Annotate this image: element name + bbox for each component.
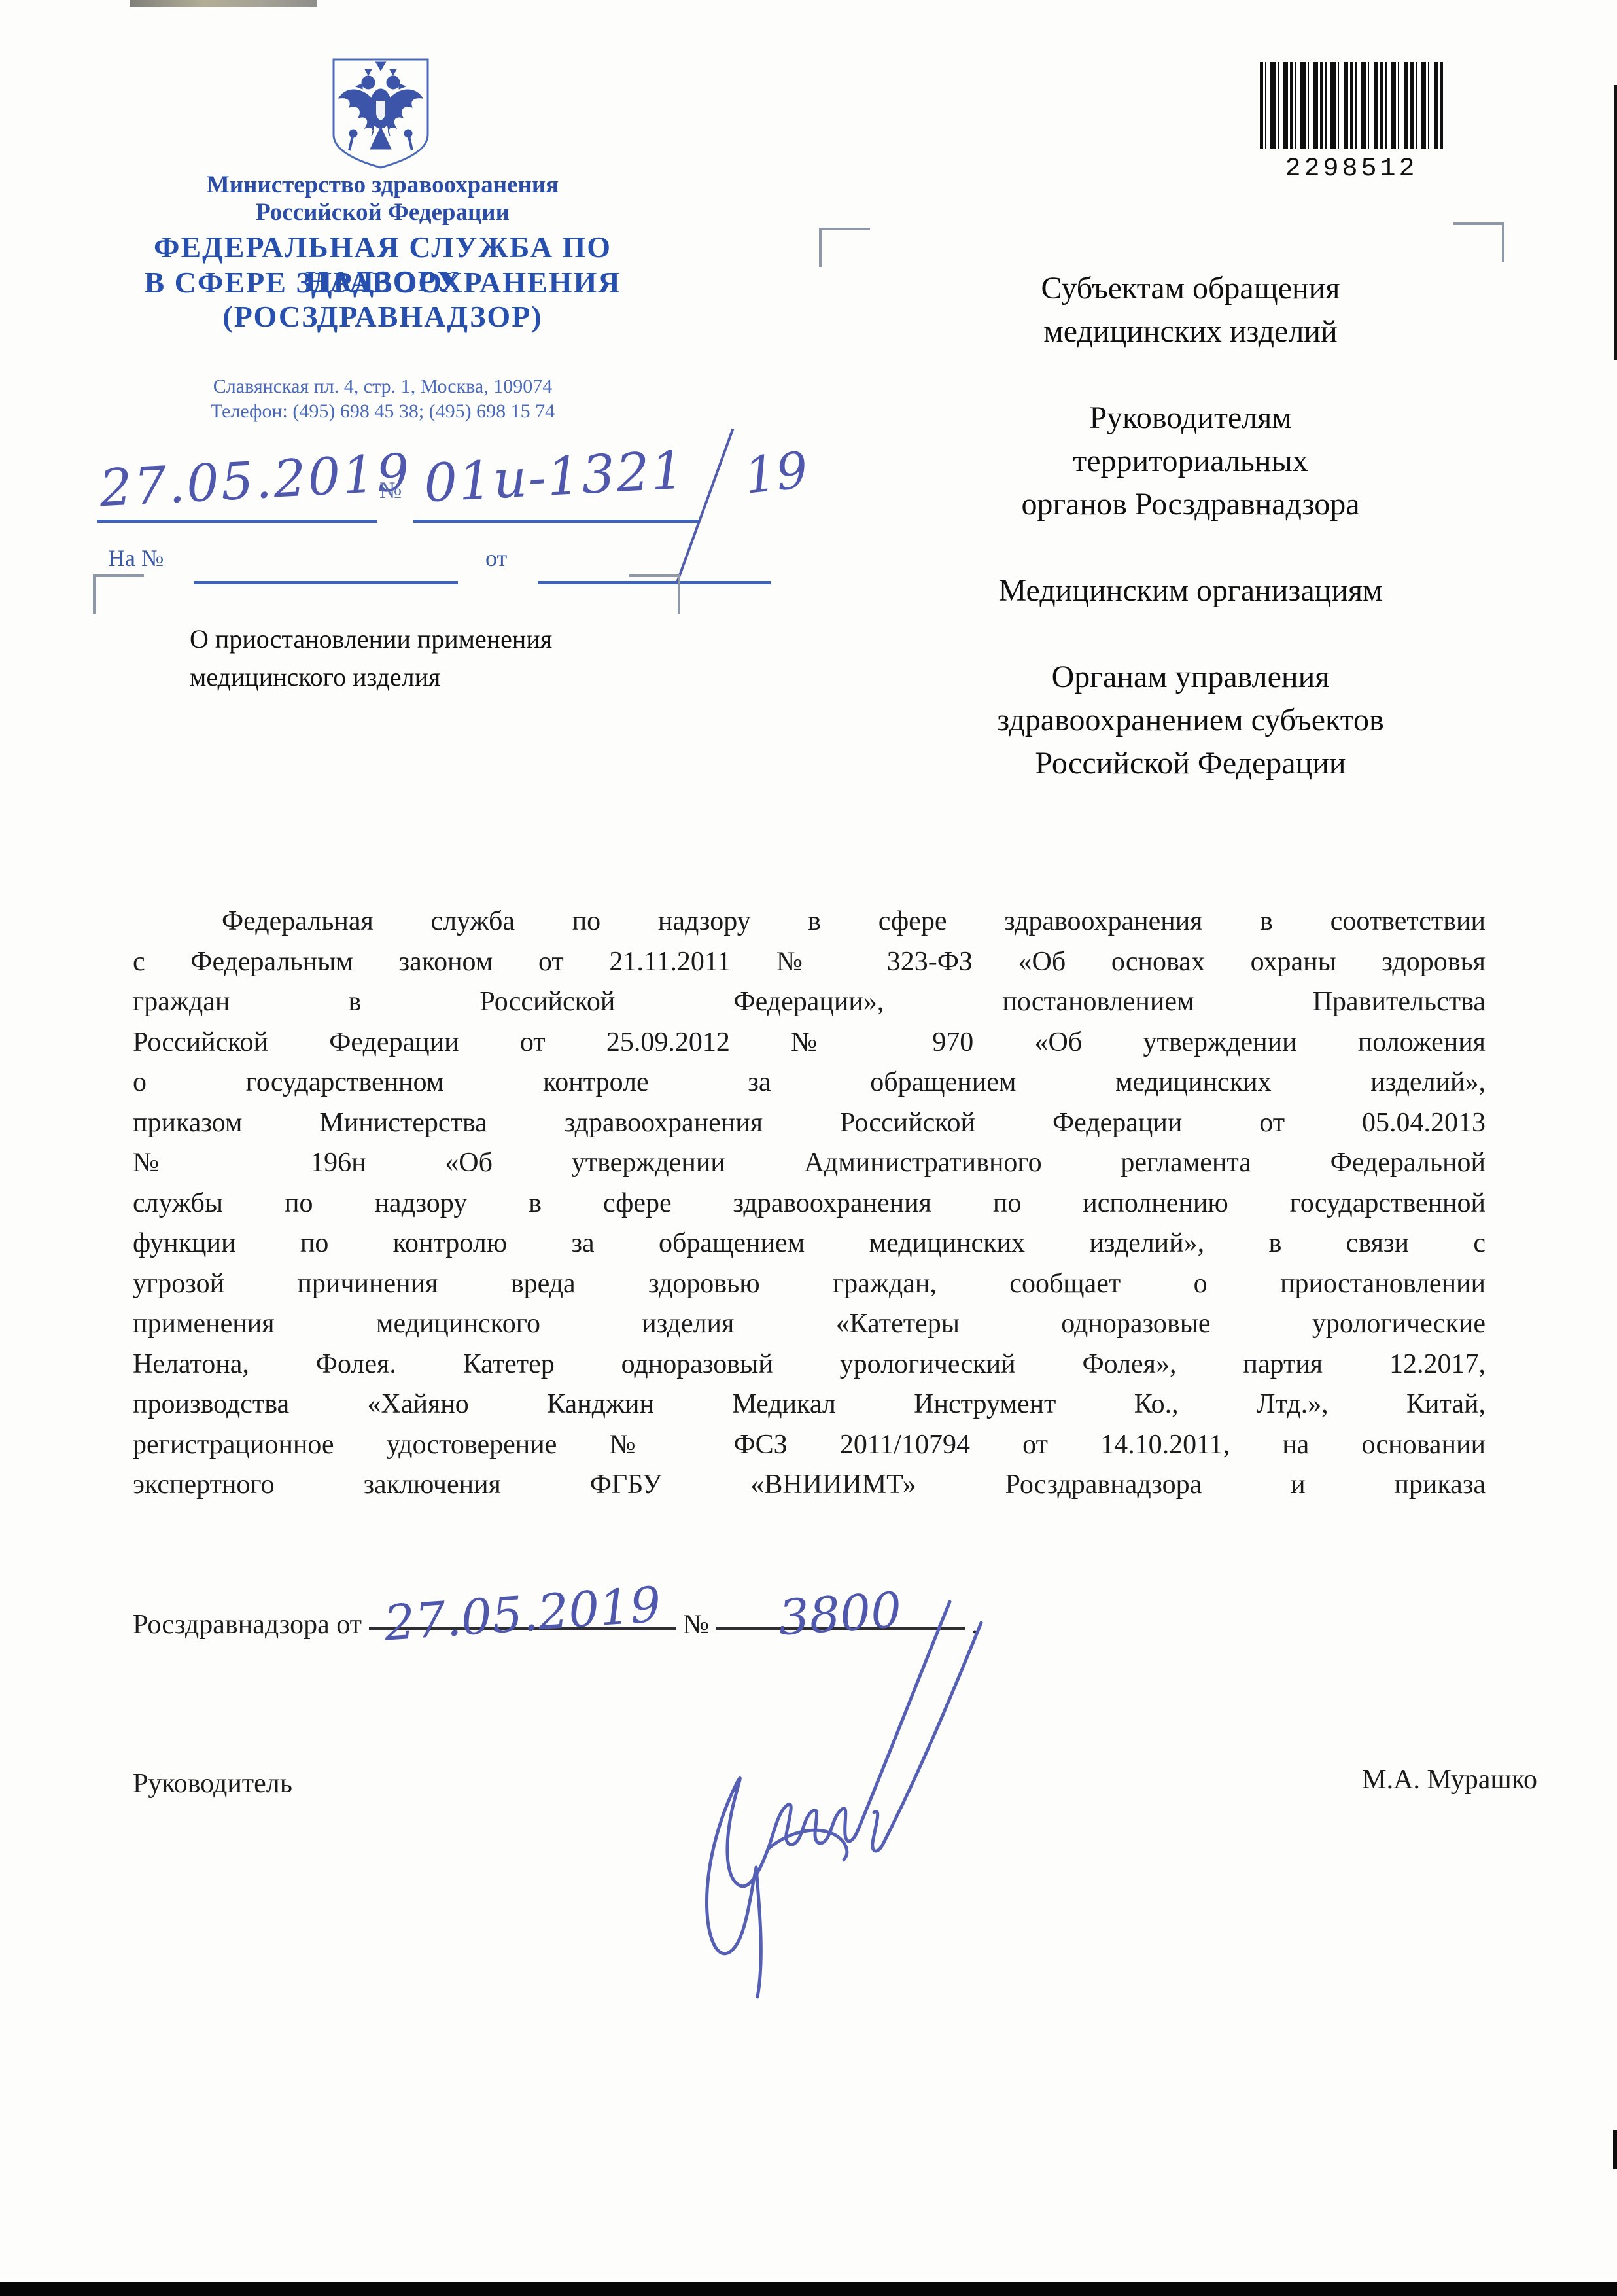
- body-line: функции по контролю за обращением медици…: [133, 1224, 1486, 1264]
- recipient-line: Органам управления: [916, 656, 1465, 699]
- handwritten-outgoing-date: 27.05.2019: [98, 444, 413, 519]
- handwritten-number-suffix: 19: [742, 440, 810, 505]
- signer-role-label: Руководитель: [133, 1768, 292, 1799]
- recipient-line: Субъектам обращения: [916, 267, 1465, 310]
- body-line: Нелатона, Фолея. Катетер одноразовый уро…: [133, 1345, 1486, 1385]
- body-line: регистрационное удостоверение № ФСЗ 2011…: [133, 1425, 1486, 1466]
- recipient-line: здравоохранением субъектов: [916, 699, 1465, 742]
- recipient-group: Медицинским организациям: [916, 569, 1465, 612]
- body-line: с Федеральным законом от 21.11.2011 № 32…: [133, 942, 1486, 983]
- letterhead-address: Славянская пл. 4, стр. 1, Москва, 109074: [78, 374, 687, 399]
- subject-line2: медицинского изделия: [190, 658, 687, 696]
- signer-name: М.А. Мурашко: [1269, 1764, 1537, 1795]
- body-line: производства «Хайяно Канджин Медикал Инс…: [133, 1385, 1486, 1425]
- signature-scribble-icon: [615, 1597, 1060, 2015]
- recipients-block: Субъектам обращения медицинских изделий …: [916, 267, 1465, 828]
- ministry-name-line1: Министерство здравоохранения: [78, 171, 687, 199]
- body-line: № 196н «Об утверждении Административного…: [133, 1143, 1486, 1184]
- body-line: Российской Федерации от 25.09.2012 № 970…: [133, 1023, 1486, 1063]
- recipient-line: органов Росздравнадзора: [916, 483, 1465, 526]
- number-underline: [413, 520, 699, 523]
- reply-from-date-label: от: [485, 544, 507, 572]
- recipient-group: Органам управления здравоохранением субъ…: [916, 656, 1465, 785]
- body-line: экспертного заключения ФГБУ «ВНИИИМТ» Ро…: [133, 1465, 1486, 1506]
- body-line: приказом Министерства здравоохранения Ро…: [133, 1103, 1486, 1144]
- letter-subject: О приостановлении применения медицинског…: [190, 620, 687, 696]
- body-line: граждан в Российской Федерации», постано…: [133, 982, 1486, 1023]
- letter-body: Федеральная служба по надзору в сфере зд…: [133, 902, 1486, 1506]
- recipient-group: Руководителям территориальных органов Ро…: [916, 397, 1465, 526]
- subject-zone-bracket-right: [629, 574, 680, 614]
- barcode: [1260, 62, 1443, 149]
- service-name-line3: (РОСЗДРАВНАДЗОР): [78, 300, 687, 334]
- recipient-line: Медицинским организациям: [916, 569, 1465, 612]
- recipient-group: Субъектам обращения медицинских изделий: [916, 267, 1465, 353]
- scan-artifact-right-tick: [1613, 2130, 1617, 2169]
- body-line: Федеральная служба по надзору в сфере зд…: [133, 902, 1486, 942]
- reply-number-underline: [194, 581, 458, 584]
- service-name-line2: В СФЕРЕ ЗДРАВООХРАНЕНИЯ: [78, 266, 687, 300]
- barcode-number: 2298512: [1260, 154, 1443, 184]
- number-sign-label: №: [379, 476, 402, 504]
- body-line: применения медицинского изделия «Катетер…: [133, 1304, 1486, 1345]
- scan-artifact-bottom-bar: [0, 2282, 1617, 2296]
- reply-to-number-label: На №: [108, 544, 164, 572]
- addressee-zone-bracket-right: [1453, 222, 1504, 262]
- body-line: службы по надзору в сфере здравоохранени…: [133, 1184, 1486, 1224]
- recipient-line: медицинских изделий: [916, 310, 1465, 353]
- recipient-line: Российской Федерации: [916, 742, 1465, 785]
- recipient-line: территориальных: [916, 440, 1465, 483]
- addressee-zone-bracket-left: [819, 228, 870, 267]
- handwritten-slash-stroke: [676, 429, 735, 582]
- body-line: угрозой причинения вреда здоровью гражда…: [133, 1264, 1486, 1305]
- scan-artifact-right-edge: [1614, 85, 1617, 360]
- subject-zone-bracket-left: [93, 574, 144, 614]
- body-last-line-prefix: Росздравнадзора от: [133, 1610, 362, 1640]
- subject-line1: О приостановлении применения: [190, 620, 687, 658]
- recipient-line: Руководителям: [916, 397, 1465, 440]
- body-line: о государственном контроле за обращением…: [133, 1063, 1486, 1103]
- handwritten-outgoing-number: 01и-1321: [423, 440, 687, 514]
- scanned-letter-page: 2298512 Министерство здравоохранения Рос…: [0, 0, 1617, 2296]
- scan-artifact-top-bar: [130, 0, 317, 7]
- ministry-name-line2: Российской Федерации: [78, 199, 687, 226]
- letterhead-phone: Телефон: (495) 698 45 38; (495) 698 15 7…: [78, 399, 687, 424]
- russia-coat-of-arms-icon: [327, 56, 434, 171]
- date-underline: [97, 520, 377, 523]
